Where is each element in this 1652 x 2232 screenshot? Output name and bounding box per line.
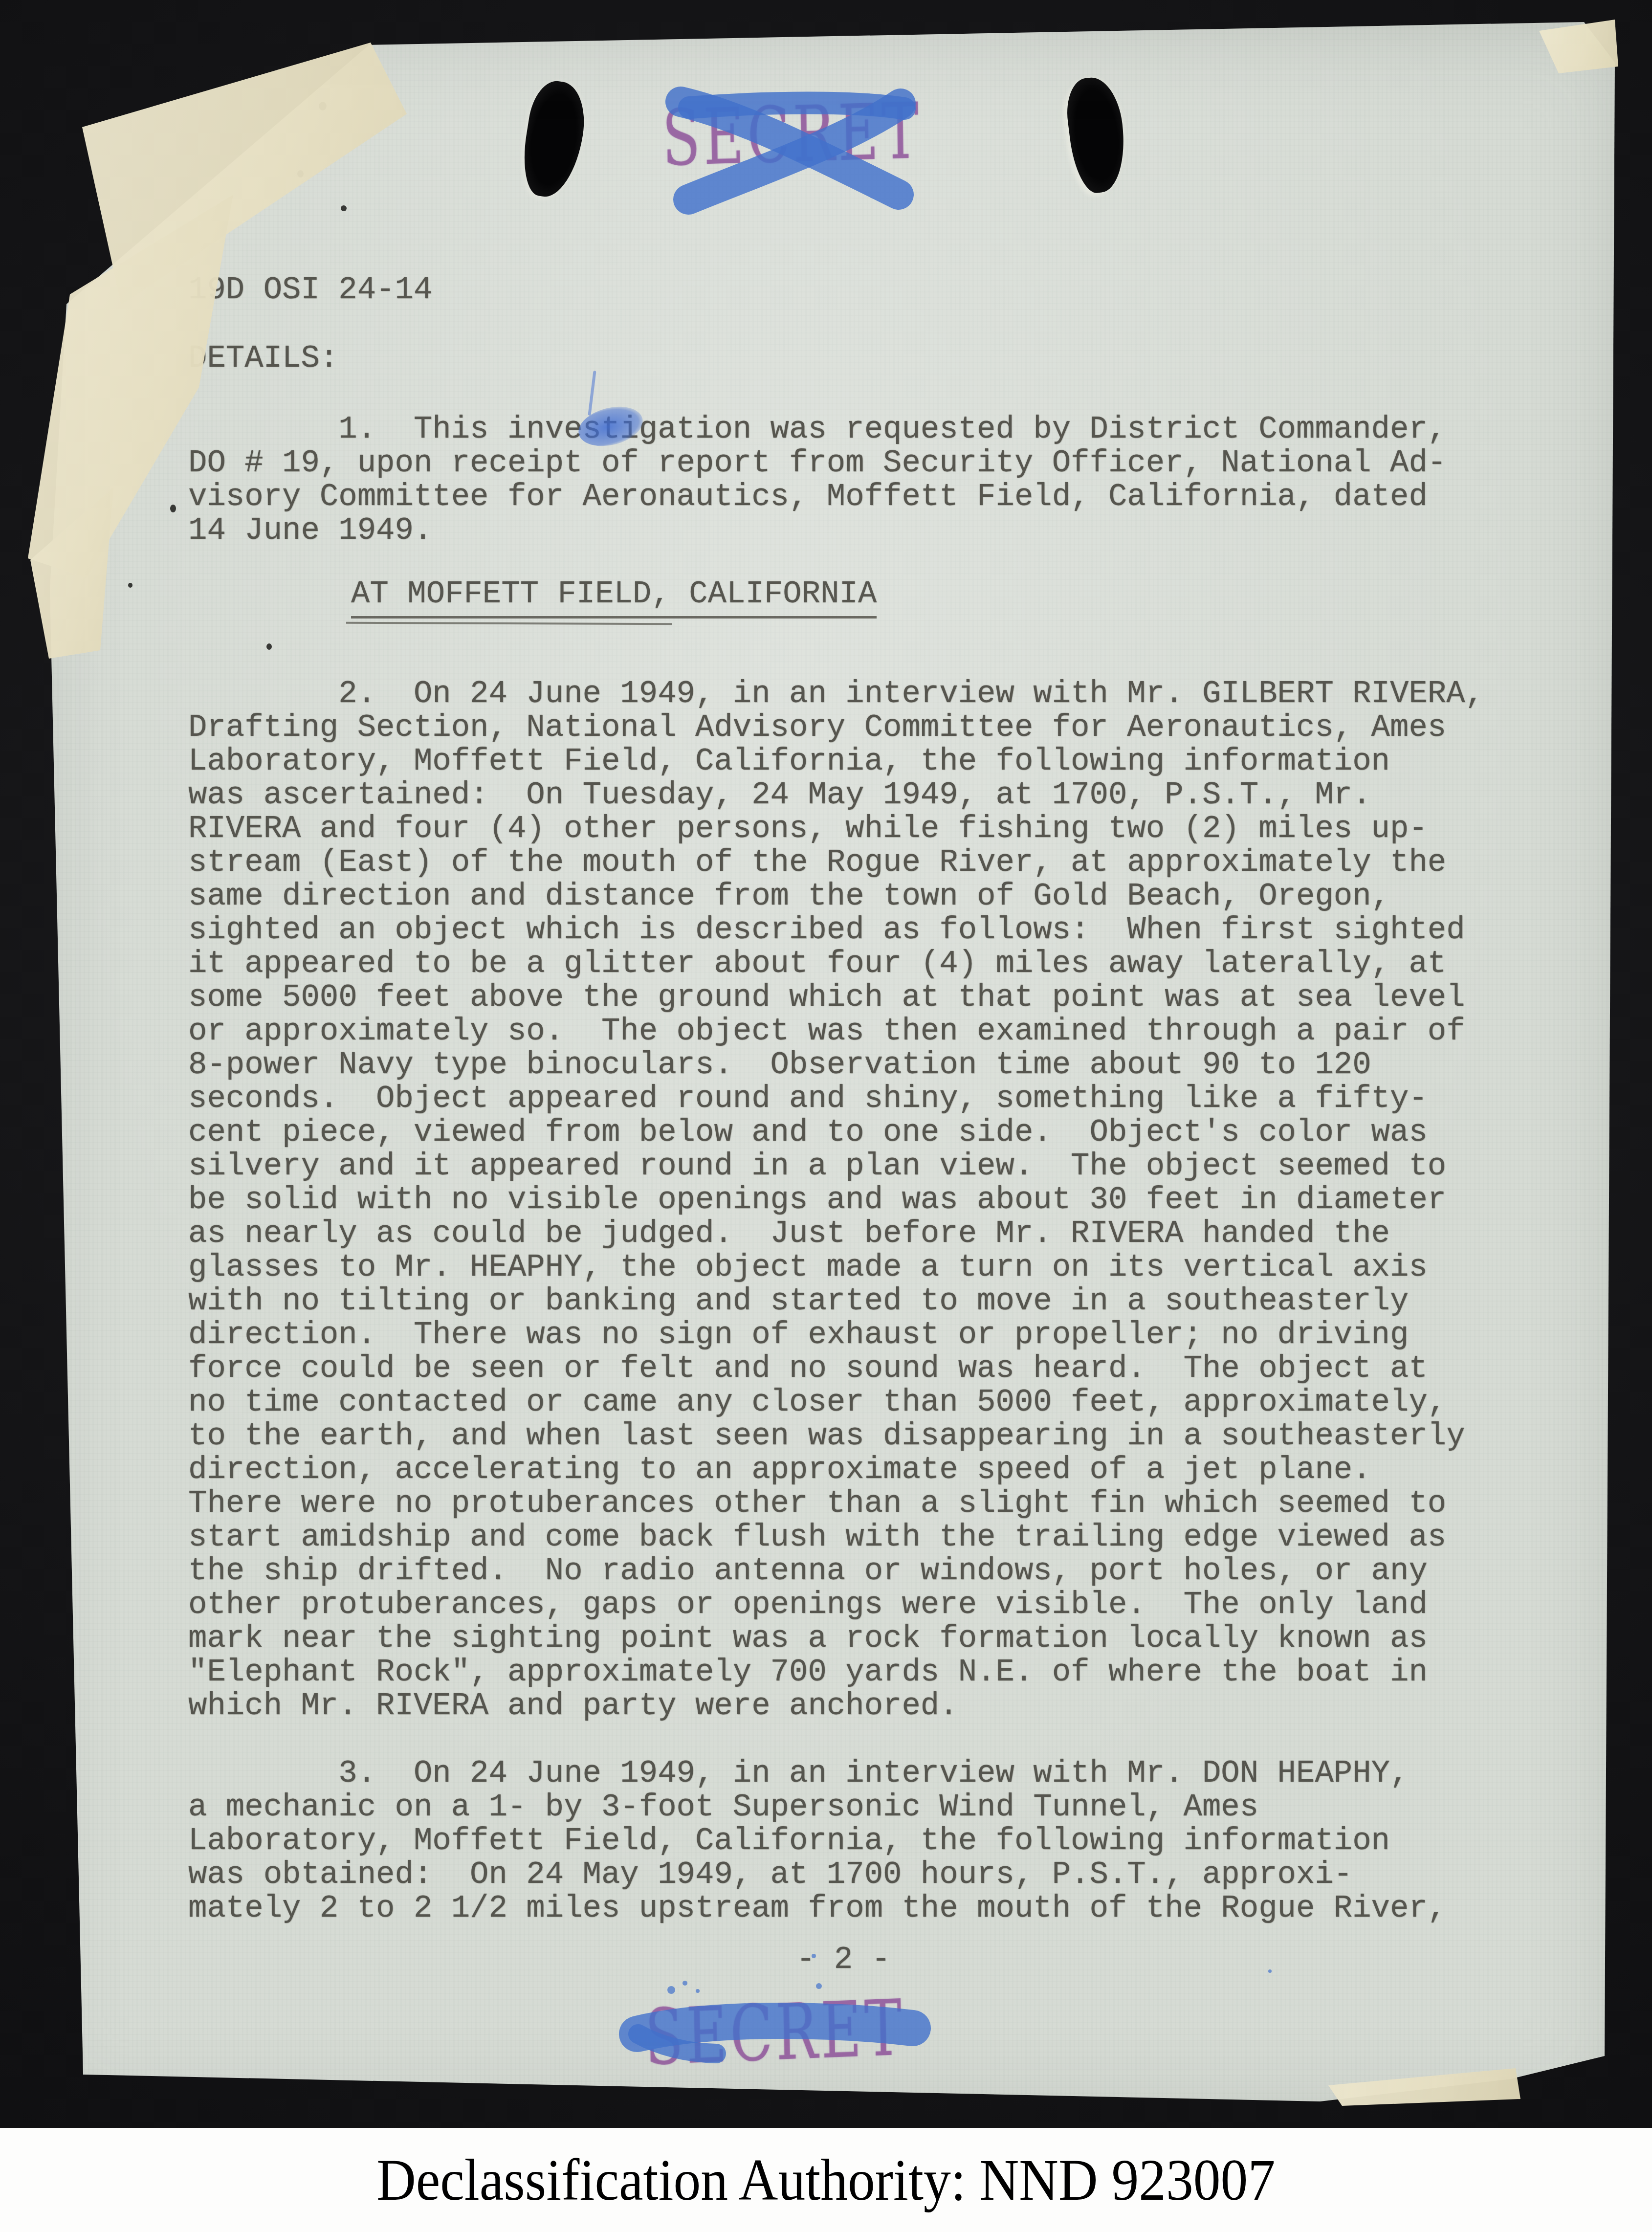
punch-hole-left [517,78,591,201]
ink-speck [266,643,272,650]
paragraph-2: 2. On 24 June 1949, in an interview with… [188,678,1484,1724]
blue-ink-speck [1268,1969,1272,1973]
blue-marker-strike-icon [614,1971,936,2089]
declassification-strip: Declassification Authority: NND 923007 [0,2128,1652,2232]
details-label: DETAILS: [188,342,338,376]
document-page: 19D OSI 24-14 DETAILS: 1. This investiga… [0,0,1652,2146]
section-heading: AT MOFFETT FIELD, CALIFORNIA [351,578,877,619]
punch-hole-right [1063,74,1130,196]
blue-ink-speck [812,1954,816,1958]
blue-marker-x-icon [650,78,934,205]
scan-frame: 19D OSI 24-14 DETAILS: 1. This investiga… [0,0,1652,2232]
ink-speck [341,205,347,211]
ink-speck [170,505,176,512]
paragraph-1: 1. This investigation was requested by D… [188,413,1446,548]
declassification-text: Declassification Authority: NND 923007 [376,2146,1275,2214]
secret-stamp-bottom: SECRET [614,1971,936,2089]
reference-number: 19D OSI 24-14 [188,274,432,308]
secret-stamp-top: SECRET [650,78,934,205]
blue-ink-drip [588,371,596,416]
paragraph-3: 3. On 24 June 1949, in an interview with… [188,1757,1446,1926]
ink-speck [128,583,132,588]
